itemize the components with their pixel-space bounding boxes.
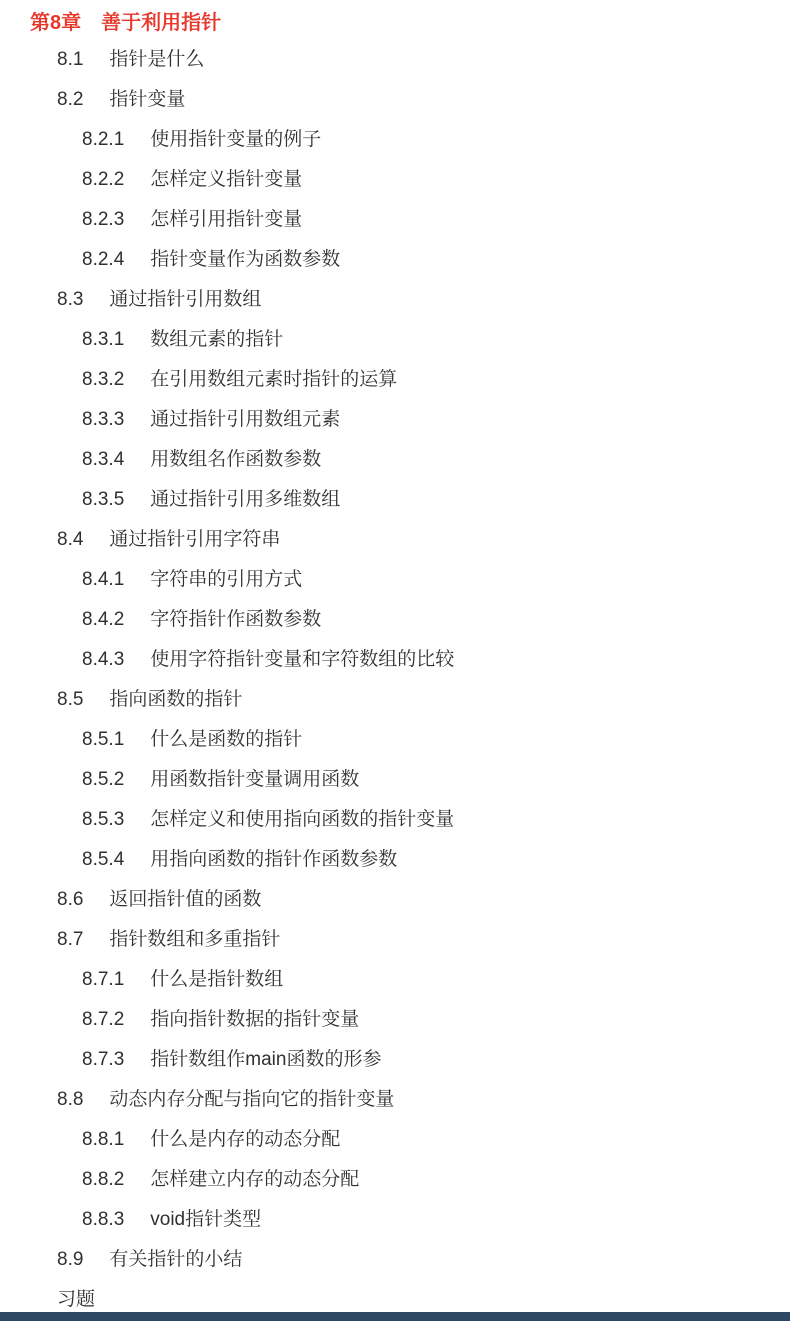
toc-item-number: 8.2	[57, 89, 83, 110]
toc-item-number: 8.6	[57, 889, 83, 910]
toc-item: 8.7指针数组和多重指针	[0, 920, 790, 960]
toc-item-label: 通过指针引用字符串	[109, 529, 280, 550]
toc-item-label: 指向指针数据的指针变量	[150, 1009, 359, 1030]
toc-item-number: 8.2.4	[82, 249, 124, 270]
toc-item-number: 8.3.1	[82, 329, 124, 350]
toc-item: 8.2.1使用指针变量的例子	[0, 120, 790, 160]
toc-item-number: 8.4.3	[82, 649, 124, 670]
toc-item-number: 8.5.3	[82, 809, 124, 830]
toc-item: 8.2.2怎样定义指针变量	[0, 160, 790, 200]
toc-item-number: 8.1	[57, 49, 83, 70]
toc-item: 8.8动态内存分配与指向它的指针变量	[0, 1080, 790, 1120]
toc-list: 8.1指针是什么8.2指针变量8.2.1使用指针变量的例子8.2.2怎样定义指针…	[0, 40, 790, 1320]
toc-item-label: 什么是内存的动态分配	[150, 1129, 340, 1150]
toc-item-label: 通过指针引用多维数组	[150, 489, 340, 510]
toc-item-label: 指针是什么	[109, 49, 204, 70]
toc-item: 8.8.3void指针类型	[0, 1200, 790, 1240]
toc-item: 8.5.4用指向函数的指针作函数参数	[0, 840, 790, 880]
toc-item-label: 字符串的引用方式	[150, 569, 302, 590]
toc-item: 8.8.2怎样建立内存的动态分配	[0, 1160, 790, 1200]
toc-item-number: 8.8.3	[82, 1209, 124, 1230]
toc-item-number: 8.4	[57, 529, 83, 550]
toc-item-number: 8.8.2	[82, 1169, 124, 1190]
toc-item: 8.1指针是什么	[0, 40, 790, 80]
toc-item: 8.8.1什么是内存的动态分配	[0, 1120, 790, 1160]
toc-item-label: 怎样定义和使用指向函数的指针变量	[150, 809, 454, 830]
toc-item-label: 怎样建立内存的动态分配	[150, 1169, 359, 1190]
toc-item-label: 使用字符指针变量和字符数组的比较	[150, 649, 454, 670]
toc-item-number: 8.3.4	[82, 449, 124, 470]
bottom-bar	[0, 1312, 790, 1321]
toc-item: 8.5指向函数的指针	[0, 680, 790, 720]
chapter-title: 第8章善于利用指针	[0, 0, 790, 40]
toc-item-number: 8.3.5	[82, 489, 124, 510]
toc-item-label: 用数组名作函数参数	[150, 449, 321, 470]
toc-item-number: 8.7.3	[82, 1049, 124, 1070]
toc-item-number: 8.4.2	[82, 609, 124, 630]
toc-item-label: 指针变量作为函数参数	[150, 249, 340, 270]
toc-item-label: 通过指针引用数组	[109, 289, 261, 310]
toc-item-label: 指针变量	[109, 89, 185, 110]
toc-item: 8.3通过指针引用数组	[0, 280, 790, 320]
toc-item: 8.3.2在引用数组元素时指针的运算	[0, 360, 790, 400]
toc-item: 8.7.1什么是指针数组	[0, 960, 790, 1000]
chapter-number: 第8章	[30, 12, 81, 34]
chapter-title-text: 善于利用指针	[101, 12, 221, 34]
toc-item-label: 使用指针变量的例子	[150, 129, 321, 150]
toc-item-label: 用指向函数的指针作函数参数	[150, 849, 397, 870]
toc-item-number: 8.9	[57, 1249, 83, 1270]
toc-item-label: 返回指针值的函数	[109, 889, 261, 910]
toc-item: 8.2.4指针变量作为函数参数	[0, 240, 790, 280]
toc-item-number: 8.3	[57, 289, 83, 310]
toc-item-number: 8.7.1	[82, 969, 124, 990]
toc-item: 8.5.3怎样定义和使用指向函数的指针变量	[0, 800, 790, 840]
toc-item-number: 8.8	[57, 1089, 83, 1110]
toc-item-number: 8.3.3	[82, 409, 124, 430]
toc-item: 8.3.1数组元素的指针	[0, 320, 790, 360]
toc-item-number: 8.5.4	[82, 849, 124, 870]
toc-item: 8.6返回指针值的函数	[0, 880, 790, 920]
toc-item: 8.4.2字符指针作函数参数	[0, 600, 790, 640]
toc-item-number: 8.5	[57, 689, 83, 710]
toc-item-label: 指针数组和多重指针	[109, 929, 280, 950]
toc-item-label: 字符指针作函数参数	[150, 609, 321, 630]
toc-item-number: 8.5.2	[82, 769, 124, 790]
toc-item: 8.3.5通过指针引用多维数组	[0, 480, 790, 520]
toc-item: 8.2.3怎样引用指针变量	[0, 200, 790, 240]
toc-item-number: 8.8.1	[82, 1129, 124, 1150]
toc-item-number: 8.7.2	[82, 1009, 124, 1030]
toc-item-label: 什么是指针数组	[150, 969, 283, 990]
toc-item: 8.3.3通过指针引用数组元素	[0, 400, 790, 440]
toc-item-label: 怎样定义指针变量	[150, 169, 302, 190]
toc-item-number: 8.5.1	[82, 729, 124, 750]
toc-item: 8.7.2指向指针数据的指针变量	[0, 1000, 790, 1040]
toc-item-number: 8.2.1	[82, 129, 124, 150]
toc-item-label: 数组元素的指针	[150, 329, 283, 350]
toc-item-label: 习题	[57, 1289, 95, 1310]
toc-item-label: 指针数组作main函数的形参	[150, 1049, 381, 1070]
toc-item-number: 8.3.2	[82, 369, 124, 390]
toc-item-label: 有关指针的小结	[109, 1249, 242, 1270]
toc-item-label: 通过指针引用数组元素	[150, 409, 340, 430]
toc-item: 8.5.1什么是函数的指针	[0, 720, 790, 760]
toc-item-label: 用函数指针变量调用函数	[150, 769, 359, 790]
toc-item-label: 动态内存分配与指向它的指针变量	[109, 1089, 394, 1110]
toc-item-label: 什么是函数的指针	[150, 729, 302, 750]
toc-page: 第8章善于利用指针 8.1指针是什么8.2指针变量8.2.1使用指针变量的例子8…	[0, 0, 790, 1321]
toc-item-number: 8.2.2	[82, 169, 124, 190]
toc-item: 8.9有关指针的小结	[0, 1240, 790, 1280]
toc-item-label: 在引用数组元素时指针的运算	[150, 369, 397, 390]
toc-item: 8.4.3使用字符指针变量和字符数组的比较	[0, 640, 790, 680]
toc-item-label: 指向函数的指针	[109, 689, 242, 710]
toc-item-label: void指针类型	[150, 1209, 261, 1230]
toc-item: 8.7.3指针数组作main函数的形参	[0, 1040, 790, 1080]
toc-item: 8.4通过指针引用字符串	[0, 520, 790, 560]
toc-item: 8.5.2用函数指针变量调用函数	[0, 760, 790, 800]
toc-item-label: 怎样引用指针变量	[150, 209, 302, 230]
toc-item-number: 8.7	[57, 929, 83, 950]
toc-item-number: 8.2.3	[82, 209, 124, 230]
toc-item-number: 8.4.1	[82, 569, 124, 590]
toc-item: 8.2指针变量	[0, 80, 790, 120]
toc-item: 8.3.4用数组名作函数参数	[0, 440, 790, 480]
toc-item: 8.4.1字符串的引用方式	[0, 560, 790, 600]
